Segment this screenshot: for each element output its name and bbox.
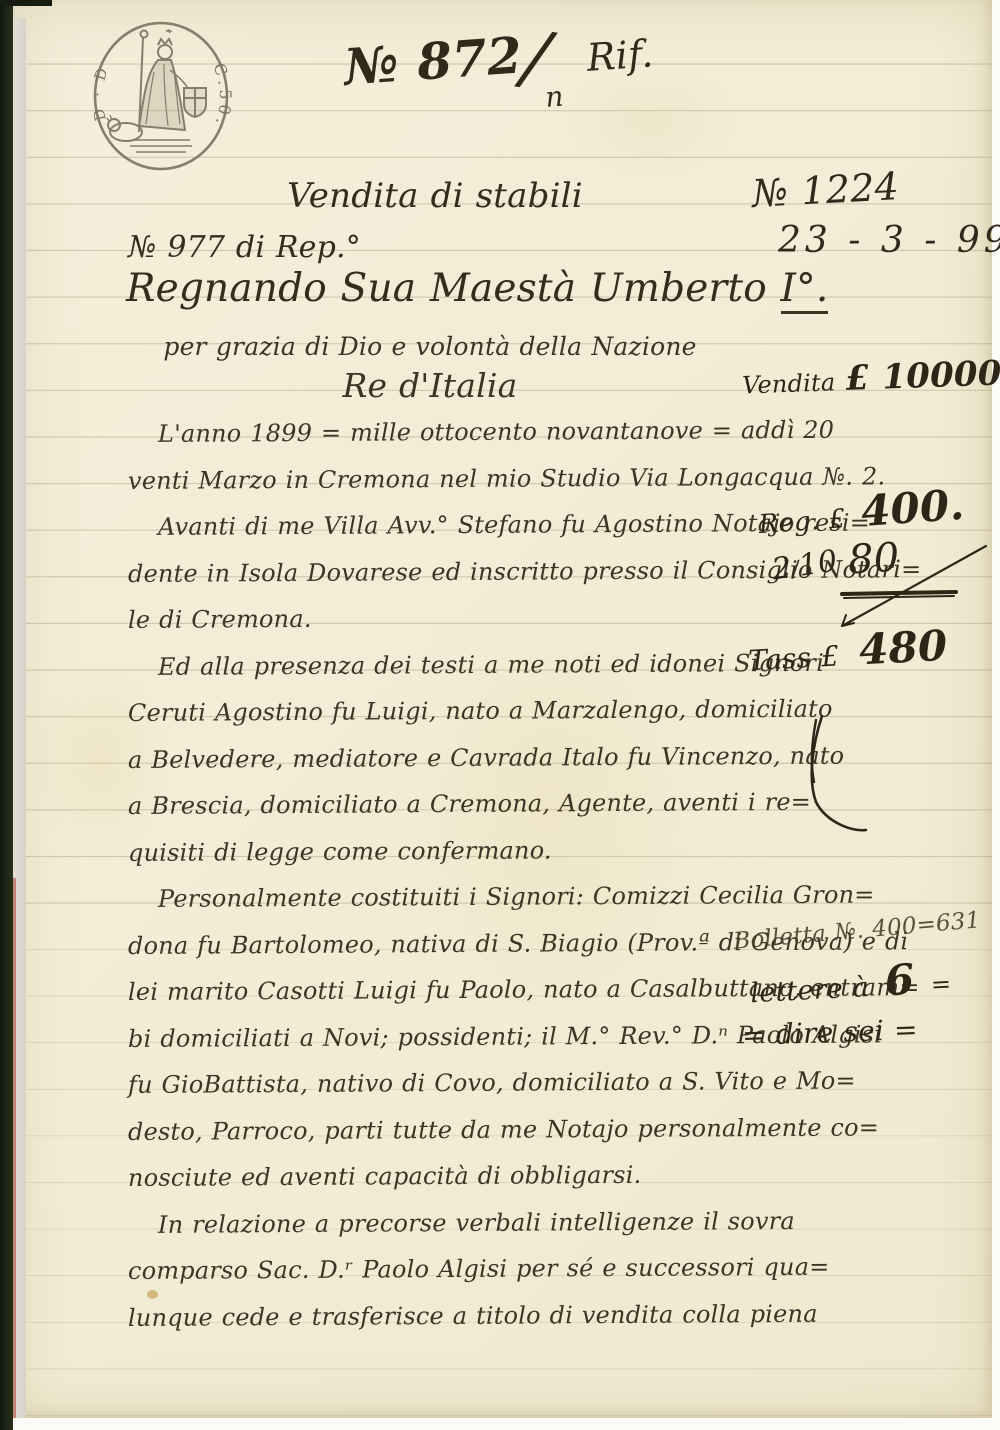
annotation-number: № 872 — [342, 30, 523, 92]
body-text-line: a Belvedere, mediatore e Cavrada Italo f… — [128, 742, 776, 774]
body-text-line: desto, Parroco, parti tutte da me Notajo… — [128, 1114, 776, 1146]
repertory-number: № 977 di Rep.° — [128, 230, 361, 265]
royal-heading-main: Regnando Sua Maestà Umberto — [126, 266, 781, 311]
margin-dire-note: = dire sei = — [741, 1013, 918, 1052]
seal-denomination: C.50. — [209, 61, 234, 132]
body-text-line: L'anno 1899 = mille ottocento novantanov… — [128, 416, 806, 448]
annotation-slash: / — [520, 28, 552, 88]
body-text-line: fu GioBattista, nativo di Covo, domicili… — [128, 1067, 776, 1099]
sale-label: Vendita — [742, 368, 836, 399]
lettere-value: 6 — [884, 955, 916, 1005]
royal-heading-line2: per grazia di Dio e volontà della Nazion… — [150, 332, 710, 361]
royal-heading-line3: Re d'Italia — [300, 366, 560, 405]
scanned-notarial-deed-page: D · D C.50. № 872 / n Rif. № 1224 23 - 3… — [0, 0, 1000, 1430]
book-binding-edge-top — [0, 0, 52, 6]
reg-fee-label: Reg. £ — [758, 504, 847, 540]
fraction-numerator: 2 — [770, 550, 794, 587]
body-text-line: lunque cede e trasferisce a titolo di ve… — [128, 1300, 776, 1332]
body-text-line: a Brescia, domiciliato a Cremona, Agente… — [128, 788, 776, 820]
body-text-line: Personalmente costituiti i Signori: Comi… — [128, 881, 806, 913]
body-text-line: Ed alla presenza dei testi a me noti ed … — [128, 649, 806, 681]
margin-total-tax: Tass £ 480 — [747, 621, 949, 680]
lettere-prefix: lettere à — [750, 972, 870, 1009]
book-binding-edge — [0, 0, 13, 1430]
svg-text:C.50.: C.50. — [209, 61, 234, 132]
lettere-suffix: = — [930, 970, 952, 999]
body-text-line: le di Cremona. — [128, 602, 776, 634]
reg-fee-value: 400. — [859, 480, 965, 536]
tax-label: Tass £ — [748, 639, 840, 677]
protocol-date: 23 - 3 - 99 — [778, 220, 1000, 261]
body-text-line: Avanti di me Villa Avv.° Stefano fu Agos… — [128, 509, 806, 541]
body-text-line: bi domiciliati a Novi; possidenti; il M.… — [128, 1021, 776, 1053]
royal-heading-line1: Regnando Sua Maestà Umberto I°. — [126, 266, 776, 311]
annotation-denominator: n — [544, 80, 564, 114]
annotation-suffix: Rif. — [585, 31, 654, 80]
body-text-line: dente in Isola Dovarese ed inscritto pre… — [128, 556, 776, 588]
body-text-line: lei marito Casotti Luigi fu Paolo, nato … — [128, 974, 776, 1006]
body-text-line: Ceruti Agostino fu Luigi, nato a Marzale… — [128, 695, 776, 727]
body-text-line: quisiti di legge come confermano. — [128, 835, 776, 867]
svg-text:D · D: D · D — [89, 63, 113, 123]
red-margin-line — [13, 878, 16, 1418]
body-text-line: comparso Sac. D.ʳ Paolo Algisi per sé e … — [128, 1253, 776, 1285]
margin-amount-in-letters: lettere à 6 = — [749, 953, 952, 1012]
margin-check-flourish — [800, 710, 892, 850]
regnal-numeral: I°. — [781, 266, 829, 314]
protocol-number: № 1224 — [751, 164, 900, 216]
document-title: Vendita di stabili — [280, 176, 590, 216]
body-text-line: venti Marzo in Cremona nel mio Studio Vi… — [128, 463, 776, 495]
body-text-line: In relazione a precorse verbali intellig… — [128, 1207, 806, 1239]
revenue-stamp-seal-icon: D · D C.50. — [84, 12, 238, 180]
body-text-line: dona fu Bartolomeo, nativa di S. Biagio … — [128, 928, 776, 960]
body-text-line: nosciute ed aventi capacità di obbligars… — [128, 1160, 776, 1192]
sale-amount: £ 10000 — [845, 353, 1000, 398]
tax-value: 480 — [858, 621, 949, 675]
seal-left-inscription: D · D — [89, 63, 113, 123]
